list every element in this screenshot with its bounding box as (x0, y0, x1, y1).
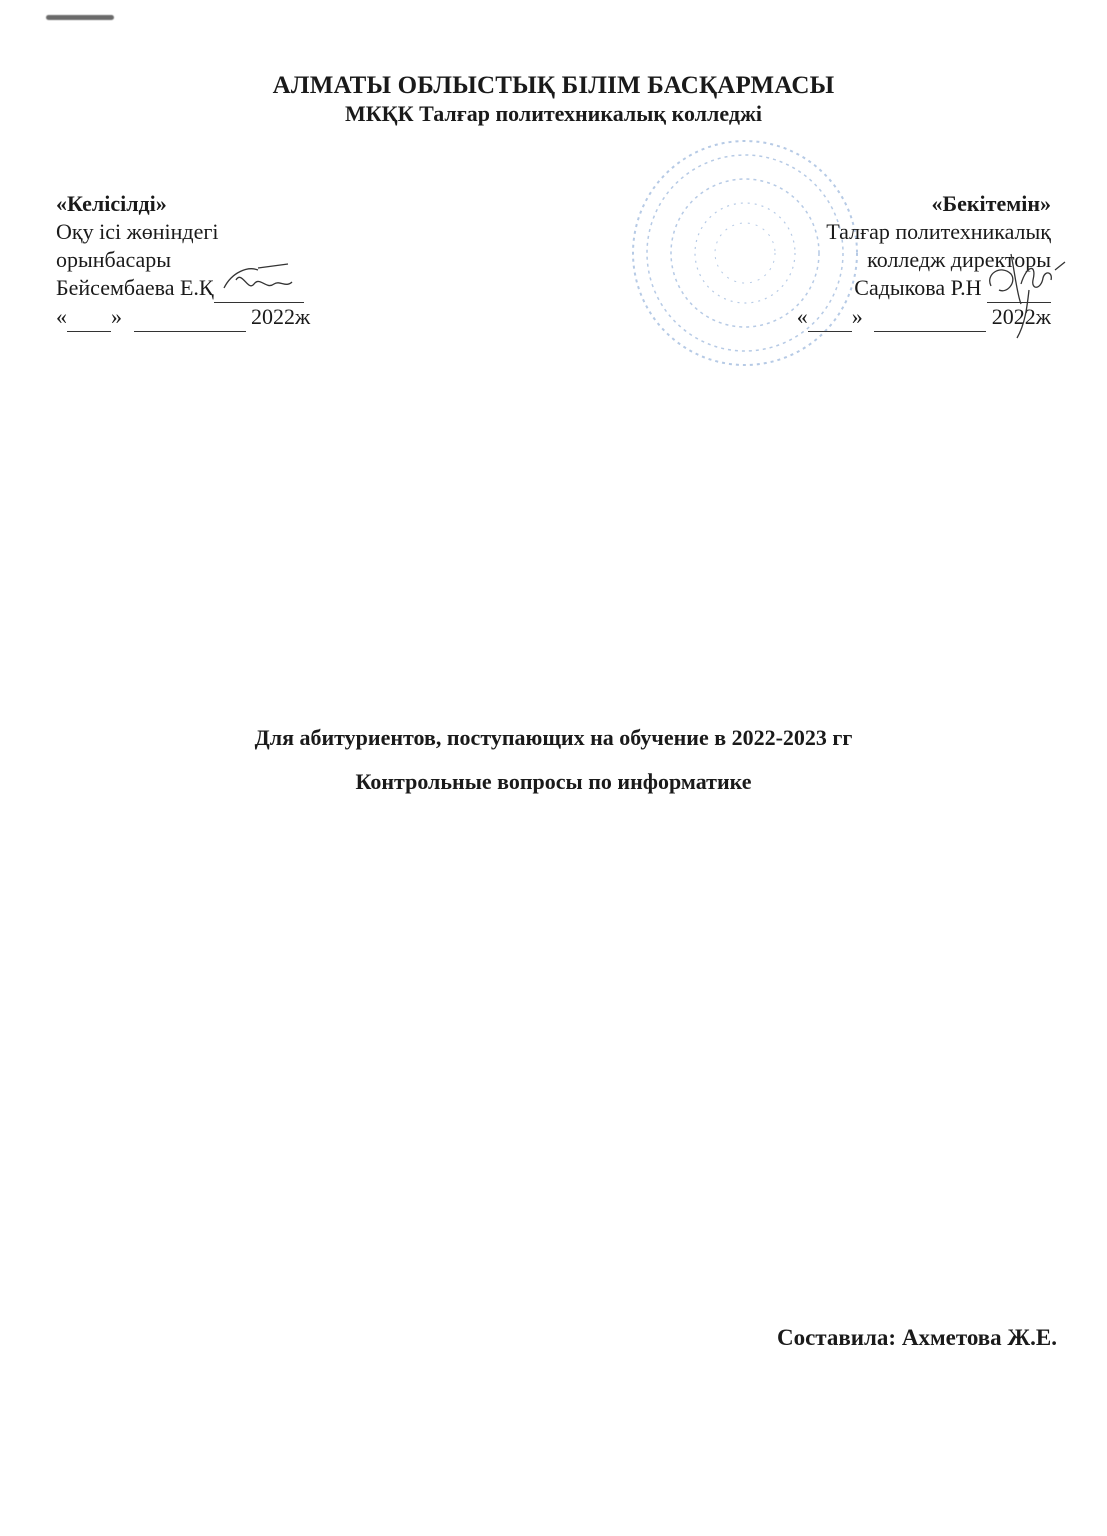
approved-name-row: Садыкова Р.Н (797, 274, 1051, 303)
approved-signature-field (987, 274, 1051, 303)
approved-title: «Бекітемін» (797, 190, 1051, 218)
approved-position-line2: колледж директоры (797, 246, 1051, 274)
approval-block-approved: «Бекітемін» Талғар политехникалық коллед… (797, 190, 1051, 332)
approved-year: 2022ж (992, 304, 1051, 329)
document-title-block: Для абитуриентов, поступающих на обучени… (0, 716, 1107, 804)
approval-block-agreed: «Келісілді» Оқу ісі жөніндегі орынбасары… (56, 190, 310, 332)
document-title: Контрольные вопросы по информатике (0, 760, 1107, 804)
agreed-position-line1: Оқу ісі жөніндегі (56, 218, 310, 246)
approved-name: Садыкова Р.Н (854, 275, 981, 300)
agreed-name-row: Бейсембаева Е.Қ (56, 274, 310, 303)
approved-date-row: « » 2022ж (797, 303, 1051, 332)
agreed-date-row: « » 2022ж (56, 303, 310, 332)
agreed-year: 2022ж (251, 304, 310, 329)
header-college: МКҚК Талғар политехникалық колледжі (0, 100, 1107, 128)
agreed-signature-field (214, 274, 304, 303)
agreed-name: Бейсембаева Е.Қ (56, 275, 214, 300)
agreed-position-line2: орынбасары (56, 246, 310, 274)
document-author: Составила: Ахметова Ж.Е. (777, 1325, 1057, 1351)
document-subtitle: Для абитуриентов, поступающих на обучени… (0, 716, 1107, 760)
scan-artifact (46, 15, 114, 20)
document-header: АЛМАТЫ ОБЛЫСТЫҚ БІЛІМ БАСҚАРМАСЫ МКҚК Та… (0, 72, 1107, 128)
approved-position-line1: Талғар политехникалық (797, 218, 1051, 246)
header-department: АЛМАТЫ ОБЛЫСТЫҚ БІЛІМ БАСҚАРМАСЫ (0, 72, 1107, 100)
agreed-title: «Келісілді» (56, 190, 310, 218)
